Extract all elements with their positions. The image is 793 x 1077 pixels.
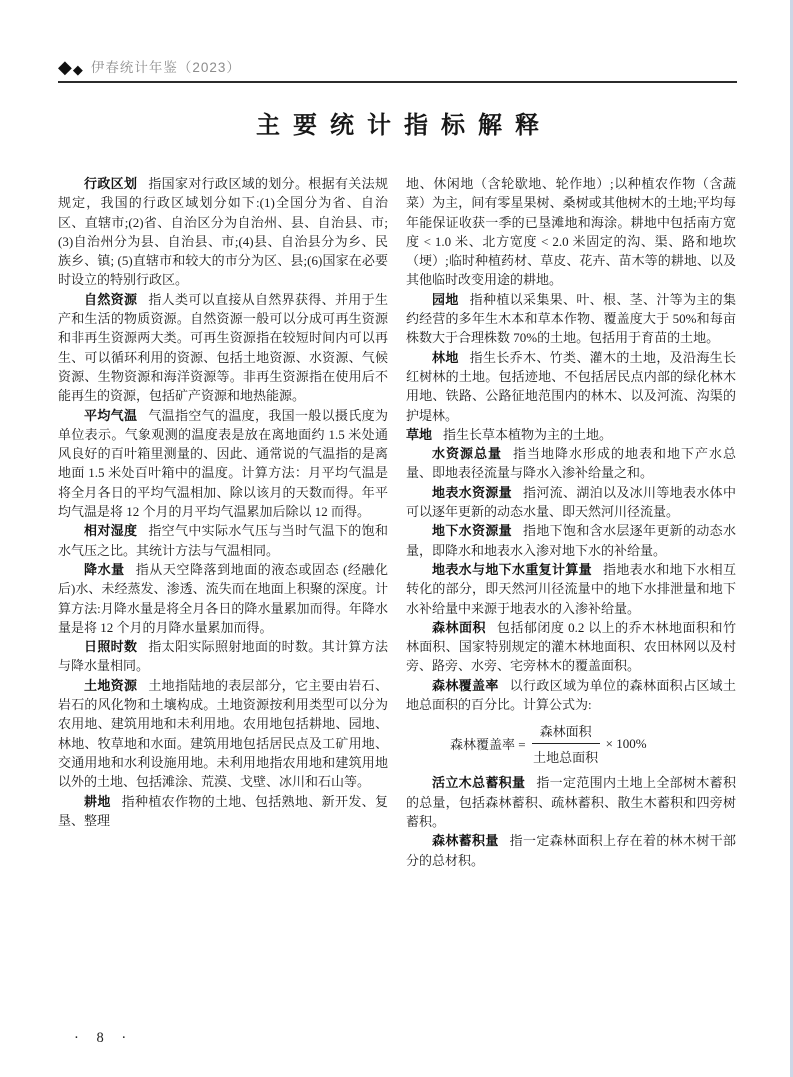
term-ziranziyuan: 自然资源 [84,292,137,307]
definition-paragraph: 林地指生长乔木、竹类、灌木的土地，及沿海生长红树林的土地。包括迹地、不包括居民点… [406,348,736,425]
formula-denominator: 土地总面积 [532,744,600,766]
definition-paragraph: 森林蓄积量指一定森林面积上存在着的林木树干部分的总材积。 [406,831,736,870]
definition-paragraph: 活立木总蓄积量指一定范围内土地上全部树木蓄积的总量，包括森林蓄积、疏林蓄积、散生… [406,773,736,831]
term-chongfujisuanliang: 地表水与地下水重复计算量 [432,562,592,577]
term-huoliwuzongxujiliang: 活立木总蓄积量 [432,775,525,790]
definition-text: 地、休闲地（含轮歇地、轮作地）;以种植农作物（含蔬菜）为主，间有零星果树、桑树或… [406,176,736,287]
term-dixiashuiziyuanliang: 地下水资源量 [432,523,512,538]
page-header: ◆ ◆ 伊春统计年鉴（2023） [58,56,737,83]
definition-paragraph: 相对湿度指空气中实际水气压与当时气温下的饱和水气压之比。其统计方法与气温相同。 [58,521,388,560]
definition-paragraph: 森林覆盖率以行政区域为单位的森林面积占区域土地总面积的百分比。计算公式为: [406,676,736,715]
definition-text: 气温指空气的温度，我国一般以摄氏度为单位表示。气象观测的温度表是放在离地面约 1… [58,408,388,519]
yearbook-brand: 伊春统计年鉴（2023） [91,56,241,76]
definition-paragraph: 水资源总量指当地降水形成的地表和地下产水总量、即地表径流量与降水入渗补给量之和。 [406,444,736,483]
term-jiangshuiliang: 降水量 [84,562,125,577]
definition-paragraph: 森林面积包括郁闭度 0.2 以上的乔木林地面积和竹林面积、国家特别规定的灌木林地… [406,618,736,676]
formula-lhs: 森林覆盖率 = [450,734,526,753]
term-xingzhengquhua: 行政区划 [84,176,137,191]
term-yuandi: 园地 [432,292,459,307]
definition-paragraph: 平均气温气温指空气的温度，我国一般以摄氏度为单位表示。气象观测的温度表是放在离地… [58,406,388,522]
term-dibiaoshuiziyuanliang: 地表水资源量 [432,485,512,500]
two-column-body: 行政区划指国家对行政区域的划分。根据有关法规规定，我国的行政区域划分如下:(1)… [58,174,737,870]
continuation-paragraph: 地、休闲地（含轮歇地、轮作地）;以种植农作物（含蔬菜）为主，间有零星果树、桑树或… [406,174,736,290]
definition-paragraph: 园地指种植以采集果、叶、根、茎、汁等为主的集约经营的多年生木本和草本作物、覆盖度… [406,290,736,348]
forest-coverage-formula: 森林覆盖率 = 森林面积 土地总面积 × 100% [450,721,736,766]
definition-paragraph: 行政区划指国家对行政区域的划分。根据有关法规规定，我国的行政区域划分如下:(1)… [58,174,388,290]
formula-fraction: 森林面积 土地总面积 [532,721,600,766]
definition-paragraph: 自然资源指人类可以直接从自然界获得、并用于生产和生活的物质资源。自然资源一般可以… [58,290,388,406]
term-tudiziyuan: 土地资源 [84,678,137,693]
definition-text: 指生长草本植物为主的土地。 [443,427,612,442]
definition-paragraph: 地表水资源量指河流、湖泊以及冰川等地表水体中可以逐年更新的动态水量、即天然河川径… [406,483,736,522]
left-column: 行政区划指国家对行政区域的划分。根据有关法规规定，我国的行政区域划分如下:(1)… [58,174,388,870]
right-column: 地、休闲地（含轮歇地、轮作地）;以种植农作物（含蔬菜）为主，间有零星果树、桑树或… [406,174,736,870]
definition-paragraph: 草地指生长草本植物为主的土地。 [406,425,736,444]
definition-text: 土地指陆地的表层部分，它主要由岩石、岩石的风化物和土壤构成。土地资源按利用类型可… [58,678,388,789]
page-title: 主要统计指标解释 [58,105,737,140]
term-lindi: 林地 [432,350,459,365]
term-caodi: 草地 [406,427,432,442]
definition-text: 指人类可以直接从自然界获得、并用于生产和生活的物质资源。自然资源一般可以分成可再… [58,292,388,403]
diamond-icon: ◆ [58,58,72,76]
term-shuiziyuanzongliang: 水资源总量 [432,446,502,461]
definition-paragraph: 耕地指种植农作物的土地、包括熟地、新开发、复垦、整理 [58,792,388,831]
term-senlinxujiliang: 森林蓄积量 [432,833,499,848]
definition-text: 指国家对行政区域的划分。根据有关法规规定，我国的行政区域划分如下:(1)全国分为… [58,176,388,287]
formula-numerator: 森林面积 [532,721,600,744]
term-xiangduishidu: 相对湿度 [84,523,137,538]
term-senlinfugailv: 森林覆盖率 [432,678,499,693]
page-number: · 8 · [74,1030,133,1047]
term-gengdi: 耕地 [84,794,111,809]
formula-rhs: × 100% [606,736,647,752]
diamond-icon: ◆ [73,63,83,76]
term-pingjunqiwen: 平均气温 [84,408,137,423]
term-senlinmianji: 森林面积 [432,620,486,635]
yearbook-page: ◆ ◆ 伊春统计年鉴（2023） 主要统计指标解释 行政区划指国家对行政区域的划… [0,0,793,1077]
definition-paragraph: 土地资源土地指陆地的表层部分，它主要由岩石、岩石的风化物和土壤构成。土地资源按利… [58,676,388,792]
definition-paragraph: 地表水与地下水重复计算量指地表水和地下水相互转化的部分，即天然河川径流量中的地下… [406,560,736,618]
definition-paragraph: 地下水资源量指地下饱和含水层逐年更新的动态水量，即降水和地表水入渗对地下水的补给… [406,521,736,560]
definition-paragraph: 降水量指从天空降落到地面的液态或固态 (经融化后)水、未经蒸发、渗透、流失而在地… [58,560,388,637]
term-rizhaoshishu: 日照时数 [84,639,137,654]
definition-paragraph: 日照时数指太阳实际照射地面的时数。其计算方法与降水量相同。 [58,637,388,676]
